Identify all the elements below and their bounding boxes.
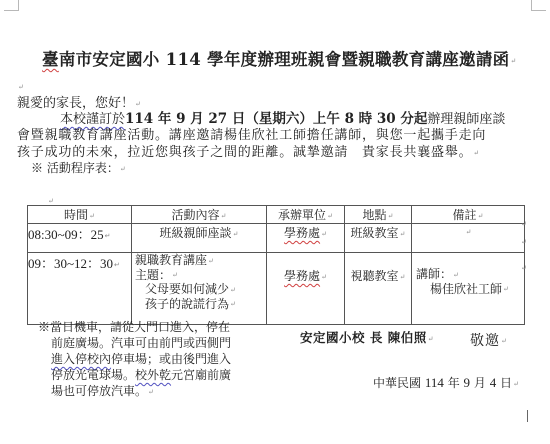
- cell-location: 視聽教室↵: [345, 253, 412, 325]
- table-header-row: 時間↵ 活動內容↵ 承辦單位↵ 地點↵ 備註↵: [28, 206, 525, 224]
- closing-respect: 敬邀↵: [470, 330, 508, 350]
- topic-text: 父母要如何減少: [145, 282, 229, 296]
- schedule-label: ※ 活動程序表：↵: [31, 159, 126, 176]
- cell-time: 08:30~09：25↵: [28, 224, 132, 253]
- cell-mark-icon: ↵: [89, 212, 95, 220]
- cell-activity: 班級親師座談↵: [132, 224, 267, 253]
- page-corner-mark-top-left: [4, 0, 19, 11]
- paragraph-mark-icon: ↵: [501, 337, 508, 345]
- header-unit: 承辦單位↵: [267, 206, 345, 224]
- parking-text: 元宮廟前廣: [171, 368, 231, 382]
- parking-line-4: 停放光電球場。校外乾元宮廟前廣: [38, 367, 258, 383]
- cell-mark-icon: ↵: [388, 212, 394, 220]
- document-date: 中華民國 114 年 9 月 4 日↵: [373, 374, 519, 391]
- cell-mark-icon: ↵: [233, 230, 239, 238]
- paragraph-mark-icon: ↵: [453, 271, 459, 279]
- cell-mark-icon: ↵: [321, 273, 327, 281]
- schedule-table: 時間↵ 活動內容↵ 承辦單位↵ 地點↵ 備註↵ 08:30~09：25↵ 班級親…: [27, 205, 525, 325]
- text-cursor: [527, 410, 528, 422]
- cell-unit: 學務處↵: [267, 224, 345, 253]
- title-text: 南市安定國小 114 學年度辦理班親會暨親職教育講座邀請函: [59, 50, 510, 69]
- underlined-phrase: 進入停校內: [51, 352, 111, 366]
- paragraph-mark-icon: ↵: [148, 388, 154, 396]
- cell-time: 09：30~12：30↵: [28, 253, 132, 325]
- cell-mark-icon: ↵: [466, 228, 472, 236]
- date-unit: 年: [448, 376, 460, 390]
- row-end-mark-icon: ↵: [521, 238, 527, 246]
- closing-text: 敬邀: [470, 333, 500, 349]
- cell-note: ↵: [412, 224, 525, 253]
- activity-title-text: 親職教育講座: [135, 253, 207, 267]
- unit-text: 學務處: [284, 269, 320, 283]
- cell-unit: 學務處↵: [267, 253, 345, 325]
- topic-label-text: 主題：: [135, 268, 171, 282]
- unit-text: 學務處: [284, 226, 320, 240]
- paragraph-mark-icon: ↵: [428, 335, 434, 343]
- cell-location: 班級教室↵: [345, 224, 412, 253]
- activity-topic-line-1: 父母要如何減少↵: [135, 282, 266, 297]
- paragraph-mark-icon: ↵: [208, 257, 214, 265]
- header-time: 時間↵: [28, 206, 132, 224]
- body-text: 孩子成功的未來，拉近您與孩子之間的距離。誠摯邀請 貴家長共襄盛舉。: [17, 145, 472, 160]
- note-value: 楊佳欣社工師↵: [416, 282, 524, 297]
- paragraph-mark-icon: ↵: [172, 271, 178, 279]
- header-activity: 活動內容↵: [132, 206, 267, 224]
- header-note: 備註↵: [412, 206, 525, 224]
- cell-activity: 親職教育講座↵ 主題：↵ 父母要如何減少↵ 孩子的說謊行為↵: [132, 253, 267, 325]
- time-text: 09：30~12：30: [28, 256, 113, 271]
- cell-mark-icon: ↵: [114, 261, 120, 269]
- paragraph-mark-icon: ↵: [513, 380, 519, 388]
- note-label: 講師：↵: [416, 267, 524, 282]
- principal-signature: 安定國小校 長 陳伯照↵: [300, 328, 434, 346]
- activity-topic-label: 主題：↵: [135, 268, 266, 283]
- date-unit: 月: [474, 376, 486, 390]
- paragraph-mark-icon: ↵: [18, 83, 24, 91]
- cell-note: 講師：↵ 楊佳欣社工師↵: [412, 253, 525, 325]
- date-prefix: 中華民國: [373, 376, 421, 390]
- header-label: 地點: [363, 208, 387, 222]
- cell-mark-icon: ↵: [400, 230, 406, 238]
- signature-text: 安定國小校 長 陳伯照: [300, 330, 427, 345]
- parking-line-3: 進入停校內停車場；或由後門進入: [38, 351, 258, 367]
- time-text: 08:30~09：25: [28, 227, 104, 242]
- date-month: 9: [464, 375, 471, 390]
- activity-text: 班級親師座談: [160, 226, 232, 240]
- parking-line-2: 前庭廣場。汽車可由前門或西側門: [38, 335, 258, 351]
- row-end-mark-icon: ↵: [521, 264, 527, 272]
- parking-text: 停車場；或由後門進入: [111, 352, 231, 366]
- header-label: 備註: [453, 208, 477, 222]
- cell-mark-icon: ↵: [327, 212, 333, 220]
- date-day: 4: [490, 375, 497, 390]
- parking-text: 停放光電球場。: [51, 368, 135, 382]
- cell-mark-icon: ↵: [478, 212, 484, 220]
- parking-line-1: ※當日機車，請從大門口進入，停在: [38, 319, 258, 335]
- header-label: 時間: [64, 208, 88, 222]
- cell-mark-icon: ↵: [321, 230, 327, 238]
- header-label: 承辦單位: [278, 208, 326, 222]
- paragraph-mark-icon: ↵: [503, 285, 509, 293]
- cell-mark-icon: ↵: [221, 212, 227, 220]
- location-text: 視聽教室: [351, 269, 399, 283]
- title-prefix: 臺: [42, 50, 59, 69]
- paragraph-mark-icon: ↵: [230, 300, 236, 308]
- activity-title: 親職教育講座↵: [135, 253, 266, 268]
- paragraph-mark-icon: ↵: [230, 286, 236, 294]
- date-unit: 日: [500, 376, 512, 390]
- location-text: 班級教室: [351, 226, 399, 240]
- paragraph-mark-icon: ↵: [473, 149, 480, 157]
- paragraph-mark-icon: ↵: [510, 57, 516, 65]
- table-row: 09：30~12：30↵ 親職教育講座↵ 主題：↵ 父母要如何減少↵ 孩子的說謊…: [28, 253, 525, 325]
- body-paragraph-line-3: 孩子成功的未來，拉近您與孩子之間的距離。誠摯邀請 貴家長共襄盛舉。↵: [17, 141, 480, 160]
- paragraph-mark-icon: ↵: [120, 165, 126, 173]
- cell-mark-icon: ↵: [105, 232, 111, 240]
- document-title: 臺南市安定國小 114 學年度辦理班親會暨親職教育講座邀請函↵: [42, 46, 517, 70]
- header-label: 活動內容: [172, 208, 220, 222]
- schedule-label-text: ※ 活動程序表：: [31, 161, 119, 175]
- table-row: 08:30~09：25↵ 班級親師座談↵ 學務處↵ 班級教室↵ ↵: [28, 224, 525, 253]
- parking-text: 場也可停放汽車。: [51, 384, 147, 398]
- note-value-text: 楊佳欣社工師: [430, 282, 502, 296]
- header-location: 地點↵: [345, 206, 412, 224]
- page-corner-mark-top-right: [531, 0, 546, 11]
- date-year: 114: [425, 375, 444, 390]
- cell-mark-icon: ↵: [400, 273, 406, 281]
- paragraph-mark-icon: ↵: [48, 197, 54, 205]
- underlined-phrase: 校外乾: [135, 368, 171, 382]
- topic-text: 孩子的說謊行為: [145, 297, 229, 311]
- parking-note: ※當日機車，請從大門口進入，停在 前庭廣場。汽車可由前門或西側門 進入停校內停車…: [38, 319, 258, 400]
- parking-line-5: 場也可停放汽車。↵: [38, 383, 258, 400]
- note-label-text: 講師：: [416, 267, 452, 281]
- row-end-mark-icon: ↵: [521, 220, 527, 228]
- activity-topic-line-2: 孩子的說謊行為↵: [135, 297, 266, 312]
